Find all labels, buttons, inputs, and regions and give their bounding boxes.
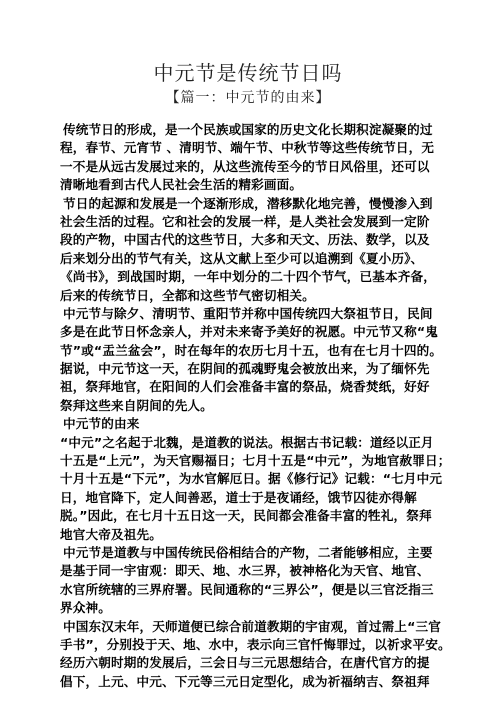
text-line: 祭拜这些来自阴间的先人。 bbox=[60, 397, 445, 415]
document-subtitle: 【篇一：中元节的由来】 bbox=[0, 89, 496, 107]
text-line: 十月十五是“下元”，为水官解厄日。据《修行记》记载：“七月中元 bbox=[60, 470, 445, 488]
text-line: 中元节的由来 bbox=[60, 415, 445, 433]
text-line: 手书”，分别投于天、地、水中，表示向三官忏悔罪过，以祈求平安。 bbox=[60, 636, 445, 654]
text-line: 一不是从远古发展过来的，从这些流传至今的节日风俗里，还可以 bbox=[60, 158, 445, 176]
text-line: 水官所统辖的三界府署。民间通称的“三界公”，便是以三官泛指三 bbox=[60, 581, 445, 599]
text-line: 社会生活的过程。它和社会的发展一样，是人类社会发展到一定阶 bbox=[60, 213, 445, 231]
text-line: 祖，祭拜地官，在阳间的人们会准备丰富的祭品，烧香焚纸，好好 bbox=[60, 378, 445, 396]
text-line: 多是在此节日怀念亲人，并对未来寄予美好的祝愿。中元节又称“鬼 bbox=[60, 323, 445, 341]
document-page: 中元节是传统节日吗 【篇一：中元节的由来】 传统节日的形成，是一个民族或国家的历… bbox=[0, 0, 496, 702]
text-line: 程，春节、元宵节 、清明节、端午节、中秋节等这些传统节日，无 bbox=[60, 139, 445, 157]
text-line: 后来的传统节日，全都和这些节气密切相关。 bbox=[60, 287, 445, 305]
text-line: 后来划分出的节气有关，这从文献上至少可以追溯到《夏小历》、 bbox=[60, 250, 445, 268]
text-line: 中国东汉末年，天师道便已综合前道教期的宇宙观，首过需上“三官 bbox=[60, 618, 445, 636]
text-line: 日，地官降下，定人间善恶，道士于是夜诵经，饿节囚徒亦得解 bbox=[60, 489, 445, 507]
text-line: 界众神。 bbox=[60, 599, 445, 617]
text-line: 脱。”因此，在七月十五日这一天，民间都会准备丰富的牲礼，祭拜 bbox=[60, 507, 445, 525]
text-line: 节日的起源和发展是一个逐渐形成，潜移默化地完善，慢慢渗入到 bbox=[60, 195, 445, 213]
document-title: 中元节是传统节日吗 bbox=[0, 61, 496, 85]
document-body: 传统节日的形成，是一个民族或国家的历史文化长期积淀凝聚的过程，春节、元宵节 、清… bbox=[60, 121, 445, 691]
text-line: 中元节与除夕、清明节、重阳节并称中国传统四大祭祖节日，民间 bbox=[60, 305, 445, 323]
text-line: 节”或“盂兰盆会”，时在每年的农历七月十五，也有在七月十四的。 bbox=[60, 342, 445, 360]
text-line: 是基于同一宇宙观：即天、地、水三界，被神格化为天官、地官、 bbox=[60, 562, 445, 580]
text-line: 《尚书》，到战国时期，一年中划分的二十四个节气，已基本齐备， bbox=[60, 268, 445, 286]
text-line: 中元节是道教与中国传统民俗相结合的产物，二者能够相应，主要 bbox=[60, 544, 445, 562]
text-line: 据说，中元节这一天，在阴间的孤魂野鬼会被放出来，为了缅怀先 bbox=[60, 360, 445, 378]
text-line: 段的产物，中国古代的这些节日，大多和天文、历法、数学，以及 bbox=[60, 231, 445, 249]
text-line: 十五是“上元”，为天官赐福日；七月十五是“中元”，为地官赦罪日； bbox=[60, 452, 445, 470]
text-line: 清晰地看到古代人民社会生活的精彩画面。 bbox=[60, 176, 445, 194]
text-line: “中元”之名起于北魏，是道教的说法。根据古书记载：道经以正月 bbox=[60, 434, 445, 452]
text-line: 地官大帝及祖先。 bbox=[60, 526, 445, 544]
text-line: 经历六朝时期的发展后，三会日与三元思想结合，在唐代官方的提 bbox=[60, 654, 445, 672]
text-line: 传统节日的形成，是一个民族或国家的历史文化长期积淀凝聚的过 bbox=[60, 121, 445, 139]
text-line: 倡下，上元、中元、下元等三元日定型化，成为祈福纳吉、祭祖拜 bbox=[60, 673, 445, 691]
